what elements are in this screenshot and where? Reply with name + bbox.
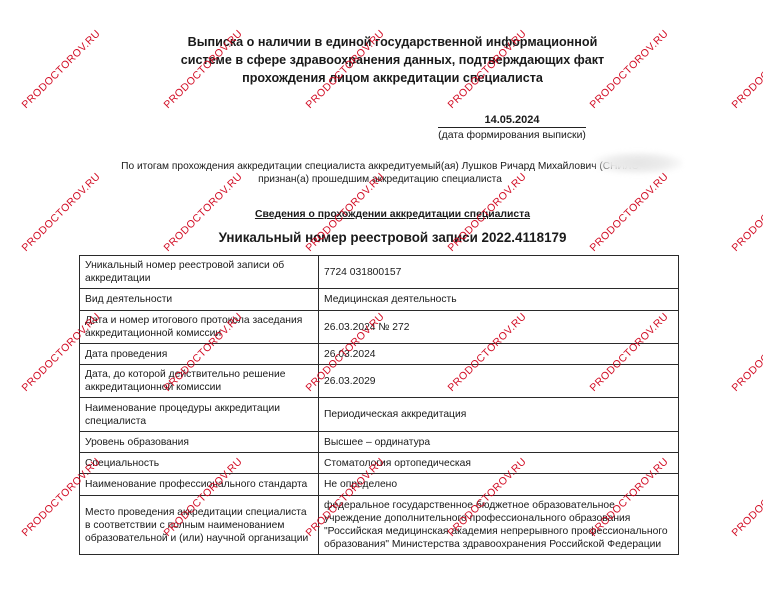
watermark-text: PRODOCTOROV.RU: [730, 311, 763, 394]
title-line: системе в сфере здравоохранения данных, …: [150, 51, 635, 69]
row-label: Специальность: [80, 453, 319, 474]
title-line: прохождения лицом аккредитации специалис…: [150, 69, 635, 87]
table-row: Наименование профессионального стандарта…: [80, 474, 679, 496]
formation-date-block: 14.05.2024 (дата формирования выписки): [438, 114, 586, 143]
table-row: Дата и номер итогового протокола заседан…: [80, 311, 679, 344]
table-row: Уровень образования Высшее – ординатура: [80, 432, 679, 453]
formation-date: 14.05.2024: [438, 114, 586, 128]
formation-date-caption: (дата формирования выписки): [438, 129, 586, 143]
row-value: Медицинская деятельность: [319, 289, 679, 311]
table-row: Дата, до которой действительно решение а…: [80, 365, 679, 398]
row-value: 26.03.2024: [319, 344, 679, 365]
watermark-text: PRODOCTOROV.RU: [20, 28, 103, 111]
row-label: Уникальный номер реестровой записи об ак…: [80, 256, 319, 289]
row-value: Периодическая аккредитация: [319, 398, 679, 432]
table-row: Вид деятельности Медицинская деятельност…: [80, 289, 679, 311]
row-value: федеральное государственное бюджетное об…: [319, 496, 679, 555]
row-label: Место проведения аккредитации специалист…: [80, 496, 319, 555]
table-row: Дата проведения 26.03.2024: [80, 344, 679, 365]
row-value: Стоматология ортопедическая: [319, 453, 679, 474]
row-label: Наименование процедуры аккредитации спец…: [80, 398, 319, 432]
intro-line-2: признан(а) прошедшим аккредитацию специа…: [60, 173, 700, 186]
row-label: Вид деятельности: [80, 289, 319, 311]
title-line: Выписка о наличии в единой государственн…: [150, 33, 635, 51]
accreditation-info-table: Уникальный номер реестровой записи об ак…: [79, 255, 679, 555]
row-value: Высшее – ординатура: [319, 432, 679, 453]
table-row: Наименование процедуры аккредитации спец…: [80, 398, 679, 432]
document-title: Выписка о наличии в единой государственн…: [150, 33, 635, 87]
redacted-snils-blur: [594, 152, 682, 174]
table-row: Специальность Стоматология ортопедическа…: [80, 453, 679, 474]
table-row: Уникальный номер реестровой записи об ак…: [80, 256, 679, 289]
row-label: Дата, до которой действительно решение а…: [80, 365, 319, 398]
table-row: Место проведения аккредитации специалист…: [80, 496, 679, 555]
watermark-text: PRODOCTOROV.RU: [730, 28, 763, 111]
row-value: Не определено: [319, 474, 679, 496]
watermark-text: PRODOCTOROV.RU: [730, 171, 763, 254]
row-value: 26.03.2029: [319, 365, 679, 398]
row-label: Дата и номер итогового протокола заседан…: [80, 311, 319, 344]
record-number-heading: Уникальный номер реестровой записи 2022.…: [150, 229, 635, 247]
row-value: 7724 031800157: [319, 256, 679, 289]
watermark-text: PRODOCTOROV.RU: [730, 456, 763, 539]
row-value: 26.03.2024 № 272: [319, 311, 679, 344]
section-heading: Сведения о прохождении аккредитации спец…: [150, 208, 635, 221]
row-label: Дата проведения: [80, 344, 319, 365]
row-label: Уровень образования: [80, 432, 319, 453]
row-label: Наименование профессионального стандарта: [80, 474, 319, 496]
